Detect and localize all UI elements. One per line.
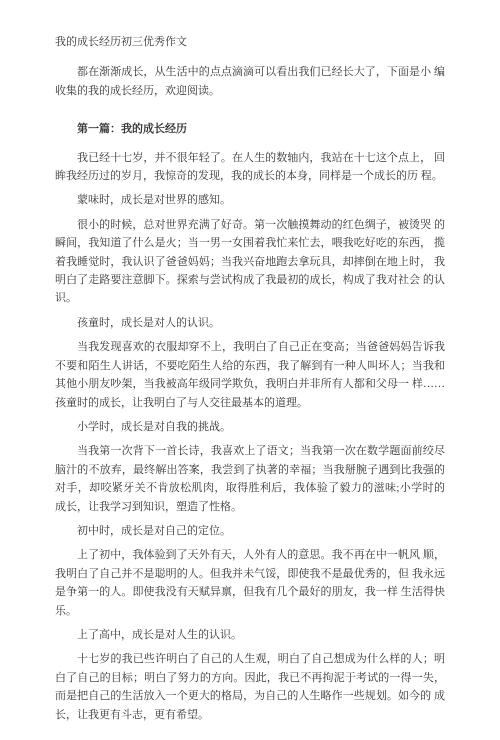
text-line: 当我第一次背下一首长诗，我喜欢上了语文；当我第一次在数学题面前绞尽: [55, 442, 445, 460]
text-line: 十七岁的我已些许明白了自己的人生观，明白了自己想成为什么样的人；明: [55, 650, 445, 668]
text-line: 其他小朋友吵架，当我被高年级同学欺负，我明白并非所有人都和父母一 样……: [55, 375, 445, 393]
text-line: 而是把自己的生活放入一个更大的格局，为自己的人生略作一些规划。如今的 成: [55, 687, 445, 705]
essay-paragraph: 初中时，成长是对自己的定位。: [55, 522, 445, 540]
text-line: 长，让我更有斗志，更有希望。: [55, 706, 445, 724]
text-line: 识。: [55, 289, 445, 307]
text-line: 眸我经历过的岁月，我惊奇的发现，我的成长的本身，同样是一个成长的历 程。: [55, 167, 445, 185]
essay-paragraph: 上了初中，我体验到了天外有天，人外有人的意思。我不再在中一帆风 顺，我明白了自己…: [55, 546, 445, 620]
text-line: 着我睡觉时，我认识了爸爸妈妈；当我兴奋地跑去拿玩具，却摔倒在地上时， 我: [55, 253, 445, 271]
essay-body: 我已经十七岁，并不很年轻了。在人生的数轴内，我站在十七这个点上， 回眸我经历过的…: [55, 149, 445, 724]
essay-paragraph: 我已经十七岁，并不很年轻了。在人生的数轴内，我站在十七这个点上， 回眸我经历过的…: [55, 149, 445, 186]
essay-paragraph: 十七岁的我已些许明白了自己的人生观，明白了自己想成为什么样的人；明白了自己的目标…: [55, 650, 445, 724]
text-line: 孩童时的成长，让我明白了与人交往最基本的道理。: [55, 394, 445, 412]
text-line: 初中时，成长是对自己的定位。: [55, 522, 445, 540]
text-line: 对手，却咬紧牙关不肯放松肌肉，取得胜利后，我体验了毅力的滋味;小学时的: [55, 479, 445, 497]
intro-paragraph: 都在渐渐成长，从生活中的点点滴滴可以看出我们已经长大了，下面是小 编收集的我的成…: [55, 63, 445, 100]
text-line: 不要和陌生人讲话，不要吃陌生人给的东西，我了解到有一种人叫坏人；当我和: [55, 357, 445, 375]
text-line: 小学时，成长是对自我的挑战。: [55, 418, 445, 436]
document-title: 我的成长经历初三优秀作文: [55, 33, 445, 51]
text-line: 孩童时，成长是对人的认识。: [55, 314, 445, 332]
text-line: 成长，让我学习到知识，塑造了性格。: [55, 498, 445, 516]
text-line: 瞬间，我知道了什么是火；当一男一女围着我忙来忙去，喂我吃好吃的东西， 揽: [55, 234, 445, 252]
essay-paragraph: 很小的时候，总对世界充满了好奇。第一次触摸舞动的红色绸子，被烫哭 的瞬间，我知道…: [55, 216, 445, 308]
text-line: 是争第一的人。即使我没有天赋异禀，但我有几个最好的朋友，我一样 生活得快: [55, 583, 445, 601]
essay-paragraph: 上了高中，成长是对人生的认识。: [55, 626, 445, 644]
document-page: 我的成长经历初三优秀作文 都在渐渐成长，从生活中的点点滴滴可以看出我们已经长大了…: [0, 0, 500, 740]
text-line: 当我发现喜欢的衣服却穿不上，我明白了自己正在变高；当爸爸妈妈告诉我: [55, 338, 445, 356]
essay-paragraph: 当我第一次背下一首长诗，我喜欢上了语文；当我第一次在数学题面前绞尽脑汁的不放弃，…: [55, 442, 445, 516]
text-line: 上了高中，成长是对人生的认识。: [55, 626, 445, 644]
text-line: 白了自己的目标；明白了努力的方向。因此，我已不再拘泥于考试的一得一失，: [55, 669, 445, 687]
text-line: 脑汁的不放弃，最终解出答案，我尝到了执著的幸福；当我掰腕子遇到比我强的: [55, 461, 445, 479]
essay-paragraph: 小学时，成长是对自我的挑战。: [55, 418, 445, 436]
essay-paragraph: 当我发现喜欢的衣服却穿不上，我明白了自己正在变高；当爸爸妈妈告诉我不要和陌生人讲…: [55, 338, 445, 412]
essay-paragraph: 孩童时，成长是对人的认识。: [55, 314, 445, 332]
essay-paragraph: 蒙味时，成长是对世界的感知。: [55, 191, 445, 209]
text-line: 明白了走路要注意脚下。探索与尝试构成了我最初的成长，构成了我对社会 的认: [55, 271, 445, 289]
text-line: 上了初中，我体验到了天外有天，人外有人的意思。我不再在中一帆风 顺，: [55, 546, 445, 564]
text-line: 都在渐渐成长，从生活中的点点滴滴可以看出我们已经长大了，下面是小 编: [55, 63, 445, 81]
text-line: 我明白了自己并不是聪明的人。但我并未气馁，即使我不是最优秀的，但 我永远: [55, 565, 445, 583]
text-line: 蒙味时，成长是对世界的感知。: [55, 191, 445, 209]
section-heading: 第一篇：我的成长经历: [55, 120, 445, 138]
text-line: 收集的我的成长经历，欢迎阅读。: [55, 82, 445, 100]
text-line: 我已经十七岁，并不很年轻了。在人生的数轴内，我站在十七这个点上， 回: [55, 149, 445, 167]
text-line: 很小的时候，总对世界充满了好奇。第一次触摸舞动的红色绸子，被烫哭 的: [55, 216, 445, 234]
text-line: 乐。: [55, 602, 445, 620]
